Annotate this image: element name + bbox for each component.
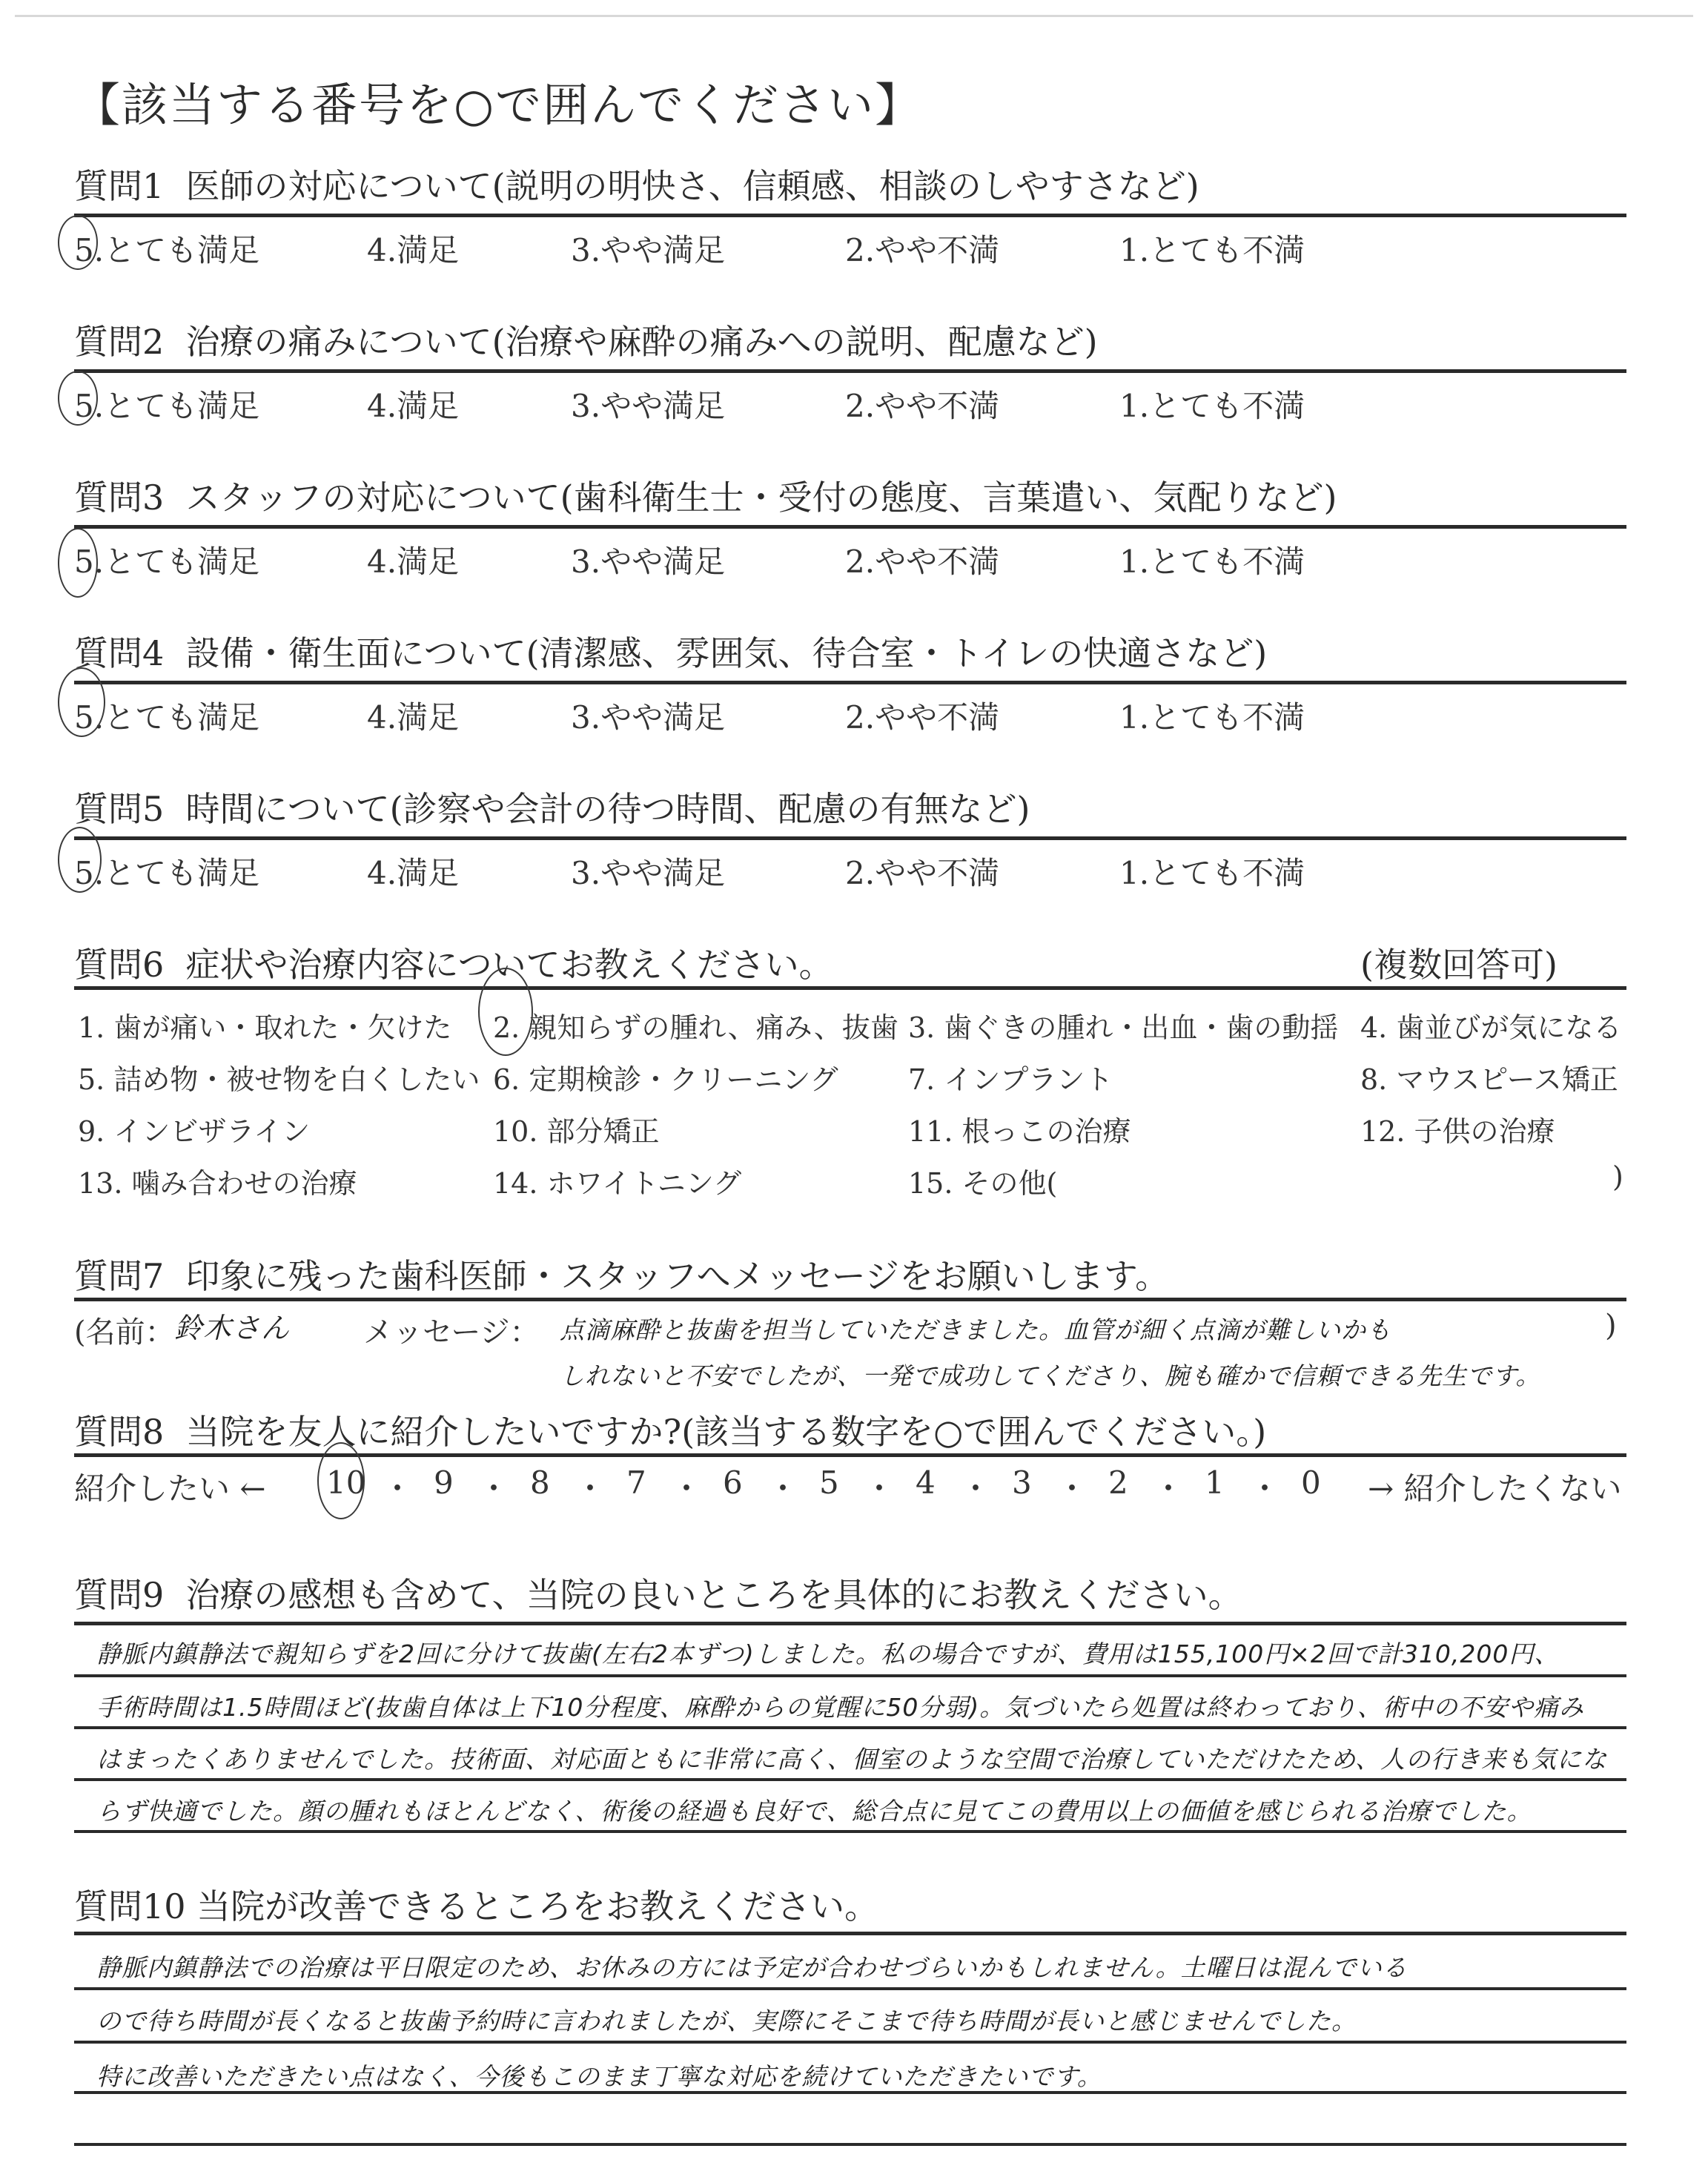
symptom-option-15[interactable]: 15. その他( [908,1160,1057,1201]
writing-line [74,2143,1626,2146]
scale-5[interactable]: 5 [819,1464,839,1501]
writing-line [74,1726,1626,1729]
answer-line-4[interactable]: らず快適でした。顔の腫れもほとんどなく、術後の経過も良好で、総合点に見てこの費用… [96,1792,1532,1827]
question-label: 質問2 [74,322,164,362]
option-5[interactable]: 5.とても満足 [74,382,259,426]
improvement-line-3[interactable]: 特に改善いただきたい点はなく、今後もこのまま丁寧な対応を続けていただきたいです。 [96,2058,1102,2093]
symptom-option-2[interactable]: 2. 親知らずの腫れ、痛み、抜歯 [493,1005,898,1046]
question-label: 質問9 [74,1575,164,1615]
option-1[interactable]: 1.とても不満 [1119,693,1305,738]
symptom-option-3[interactable]: 3. 歯ぐきの腫れ・出血・歯の動揺 [908,1005,1338,1046]
option-2[interactable]: 2.やや不満 [845,226,999,271]
selection-circle [58,215,98,270]
message-line-2[interactable]: しれないと不安でしたが、一発で成功してくださり、腕も確かで信頼できる先生です。 [560,1357,1540,1392]
symptom-option-7[interactable]: 7. インプラント [908,1057,1113,1097]
divider [74,1932,1626,1935]
question-text: 医師の対応について(説明の明快さ、信頼感、相談のしやすさなど) [186,166,1199,206]
divider [74,986,1626,990]
question-label: 質問4 [74,633,164,673]
option-4[interactable]: 4.満足 [367,849,459,894]
recommend-left-label: 紹介したい ← [74,1464,266,1509]
question-text: 設備・衛生面について(清潔感、雰囲気、待合室・トイレの快適さなど) [186,633,1268,673]
staff-name-handwritten[interactable]: 鈴木さん [174,1305,290,1346]
scale-3[interactable]: 3 [1012,1464,1032,1501]
message-label: メッセージ： [363,1309,540,1351]
answer-line-1[interactable]: 静脈内鎮静法で親知らずを2回に分けて抜歯(左右2本ずつ)しました。私の場合ですが… [96,1635,1559,1670]
option-3[interactable]: 3.やや満足 [571,382,725,426]
selection-circle [317,1442,365,1519]
symptom-option-8[interactable]: 8. マウスピース矯正 [1360,1057,1618,1097]
question-label: 質問10 [74,1886,186,1926]
option-5[interactable]: 5.とても満足 [74,538,259,582]
symptom-option-9[interactable]: 9. インビザライン [78,1109,310,1149]
option-3[interactable]: 3.やや満足 [571,693,725,738]
scale-2[interactable]: 2 [1108,1464,1128,1501]
option-1[interactable]: 1.とても不満 [1119,538,1305,582]
symptom-option-6[interactable]: 6. 定期検診・クリーニング [493,1057,838,1097]
writing-line [74,1830,1626,1833]
option-2[interactable]: 2.やや不満 [845,538,999,582]
answer-line-3[interactable]: はまったくありませんでした。技術面、対応面ともに非常に高く、個室のような空間で治… [96,1740,1607,1775]
option-4[interactable]: 4.満足 [367,538,459,582]
question-label: 質問8 [74,1412,164,1452]
form-instruction-title: 【該当する番号を○で囲んでください】 [74,68,922,134]
writing-line [74,1987,1626,1990]
scale-4[interactable]: 4 [916,1464,936,1501]
option-2[interactable]: 2.やや不満 [845,382,999,426]
selection-circle [58,827,102,893]
writing-line [74,2091,1626,2094]
selection-circle [58,667,105,737]
question-text: 治療の感想も含めて、当院の良いところを具体的にお教えください。 [186,1575,1242,1615]
question-text: 治療の痛みについて(治療や麻酔の痛みへの説明、配慮など) [186,322,1098,362]
divider [74,681,1626,684]
scan-top-edge [15,15,1693,17]
divider [74,836,1626,840]
symptom-option-1[interactable]: 1. 歯が痛い・取れた・欠けた [78,1005,451,1046]
question-label: 質問1 [74,166,164,206]
option-3[interactable]: 3.やや満足 [571,849,725,894]
selection-circle [58,371,98,426]
selection-circle [478,968,533,1056]
option-3[interactable]: 3.やや満足 [571,226,725,271]
question-text: 時間について(診察や会計の待つ時間、配慮の有無など) [186,789,1030,829]
question-label: 質問3 [74,478,164,518]
option-1[interactable]: 1.とても不満 [1119,849,1305,894]
scale-8[interactable]: 8 [530,1464,550,1501]
answer-line-2[interactable]: 手術時間は1.5時間ほど(抜歯自体は上下10分程度、麻酔からの覚醒に50分弱)。… [96,1688,1584,1723]
symptom-option-5[interactable]: 5. 詰め物・被せ物を白くしたい [78,1057,480,1097]
option-5[interactable]: 5.とても満足 [74,849,259,894]
divider [74,1622,1626,1625]
divider [74,214,1626,217]
divider [74,525,1626,529]
option-4[interactable]: 4.満足 [367,226,459,271]
other-close-paren: ) [1612,1160,1623,1193]
symptom-option-10[interactable]: 10. 部分矯正 [493,1109,660,1149]
divider [74,1298,1626,1301]
selection-circle [58,528,98,598]
symptom-option-14[interactable]: 14. ホワイトニング [493,1160,741,1201]
symptom-option-13[interactable]: 13. 噛み合わせの治療 [78,1160,357,1201]
name-label: (名前： [74,1309,175,1351]
close-paren: ) [1605,1309,1617,1343]
question-text: スタッフの対応について(歯科衛生士・受付の態度、言葉遣い、気配りなど) [186,478,1337,518]
question-label: 質問5 [74,789,164,829]
option-2[interactable]: 2.やや不満 [845,693,999,738]
divider [74,1453,1626,1457]
option-3[interactable]: 3.やや満足 [571,538,725,582]
message-line-1[interactable]: 点滴麻酔と抜歯を担当していただきました。血管が細く点滴が難しいかも [560,1311,1391,1346]
writing-line [74,2041,1626,2044]
divider [74,369,1626,373]
option-2[interactable]: 2.やや不満 [845,849,999,894]
multiple-answer-note: (複数回答可) [1360,938,1558,987]
symptom-option-12[interactable]: 12. 子供の治療 [1360,1109,1555,1149]
symptom-option-11[interactable]: 11. 根っこの治療 [908,1109,1131,1149]
recommend-right-label: → 紹介したくない [1368,1464,1622,1509]
scale-9[interactable]: 9 [434,1464,454,1501]
option-4[interactable]: 4.満足 [367,382,459,426]
option-1[interactable]: 1.とても不満 [1119,226,1305,271]
writing-line [74,1778,1626,1781]
writing-line [74,1674,1626,1677]
scale-6[interactable]: 6 [723,1464,743,1501]
symptom-option-4[interactable]: 4. 歯並びが気になる [1360,1005,1621,1046]
option-5[interactable]: 5.とても満足 [74,226,259,271]
scale-0[interactable]: 0 [1301,1464,1321,1501]
question-label: 質問6 [74,945,164,985]
question-text: 当院が改善できるところをお教えください。 [196,1886,878,1926]
improvement-line-2[interactable]: ので待ち時間が長くなると抜歯予約時に言われましたが、実際にそこまで待ち時間が長い… [96,2002,1357,2037]
option-4[interactable]: 4.満足 [367,693,459,738]
question-text: 印象に残った歯科医師・スタッフへメッセージをお願いします。 [186,1256,1170,1296]
scale-7[interactable]: 7 [626,1464,646,1501]
scale-1[interactable]: 1 [1205,1464,1225,1501]
option-1[interactable]: 1.とても不満 [1119,382,1305,426]
improvement-line-1[interactable]: 静脈内鎮静法での治療は平日限定のため、お休みの方には予定が合わせづらいかもしれま… [96,1949,1408,1984]
question-label: 質問7 [74,1256,164,1296]
